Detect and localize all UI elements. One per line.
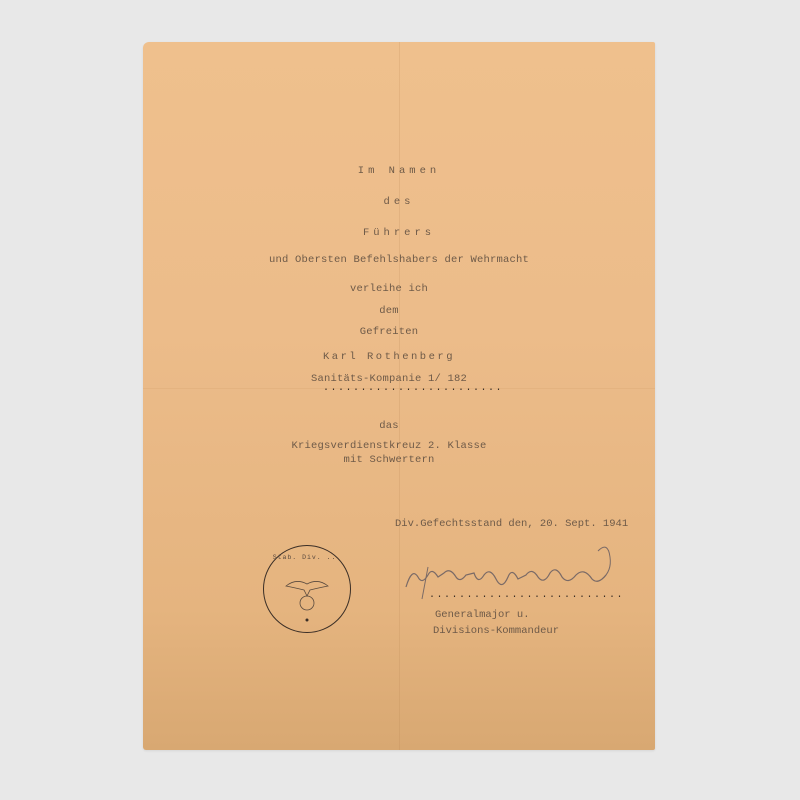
signer-title: Divisions-Kommandeur	[433, 625, 559, 637]
article-line: dem	[133, 305, 645, 317]
verb-line: verleihe ich	[133, 283, 645, 295]
recipient-name: Karl Rothenberg	[133, 351, 645, 363]
dotted-separator-1: ........................	[323, 383, 503, 394]
authority-line: und Obersten Befehlshabers der Wehrmacht	[143, 254, 655, 266]
signer-rank: Generalmajor u.	[435, 609, 530, 621]
place-date-line: Div.Gefechtsstand den, 20. Sept. 1941	[395, 518, 628, 530]
dotted-separator-2: ..........................	[429, 590, 624, 601]
heading-line-1: Im Namen	[143, 165, 655, 177]
eagle-emblem-icon	[264, 546, 350, 632]
vertical-fold-crease	[399, 42, 400, 750]
award-suffix: mit Schwertern	[133, 454, 645, 466]
heading-line-3: Führers	[143, 227, 655, 239]
heading-line-2: des	[143, 196, 655, 208]
award-name: Kriegsverdienstkreuz 2. Klasse	[133, 440, 645, 452]
official-stamp: Stab. Div. ...	[263, 545, 351, 633]
rank-line: Gefreiten	[133, 326, 645, 338]
article-line-2: das	[133, 420, 645, 432]
handwritten-signature	[398, 537, 638, 617]
certificate-paper: Im Namen des Führers und Obersten Befehl…	[143, 42, 655, 750]
